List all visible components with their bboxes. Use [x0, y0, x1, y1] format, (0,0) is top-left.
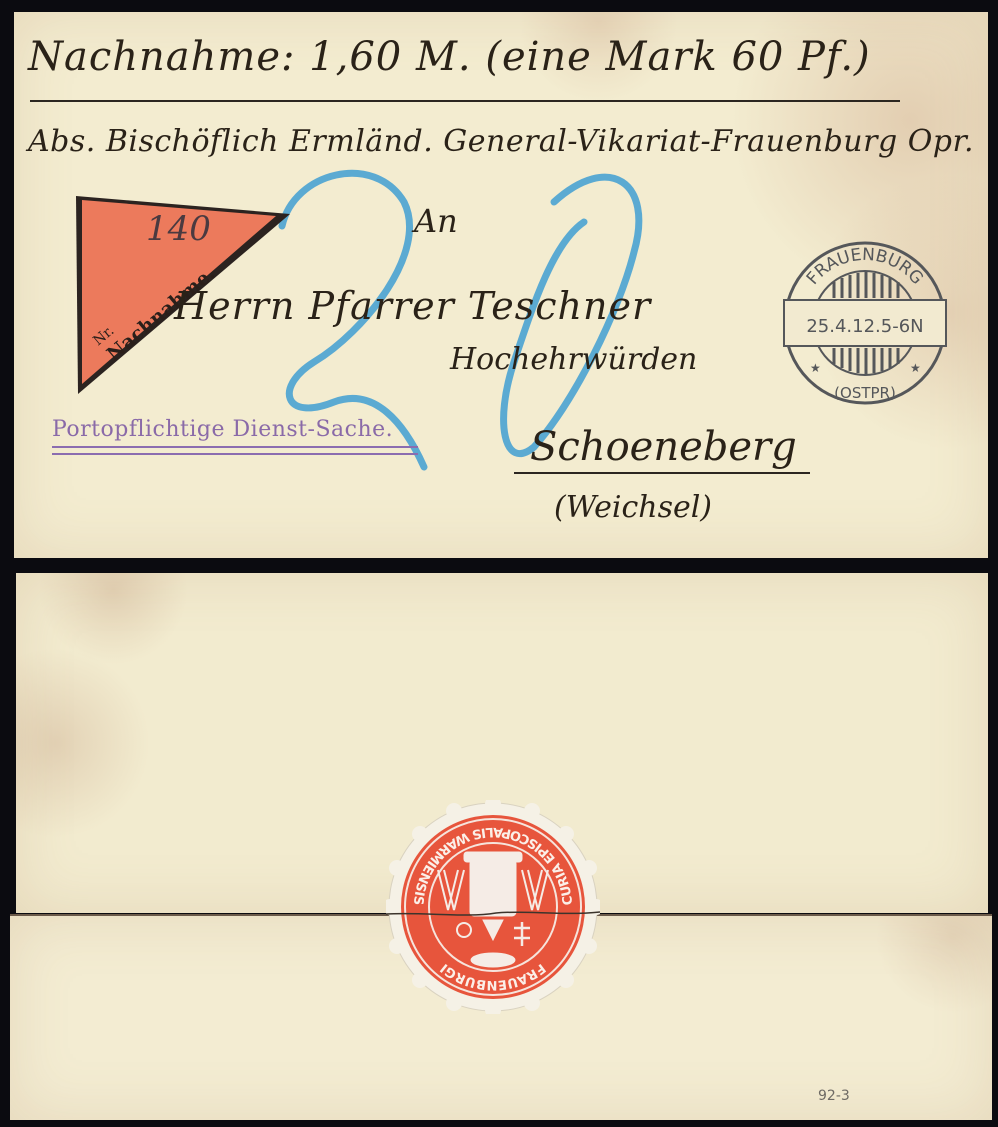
- address-recipient: Herrn Pfarrer Teschner: [174, 284, 651, 328]
- cod-underline: [30, 100, 900, 102]
- town-underline: [514, 472, 810, 474]
- official-service-stamp: Portopflichtige Dienst-Sache.: [52, 417, 393, 442]
- address-honorific: Hochehrwürden: [450, 342, 697, 377]
- postmark-date: 25.4.12.5-6N: [806, 316, 923, 337]
- postmark-star-icon: ★: [910, 361, 921, 375]
- address-salutation: An: [414, 202, 458, 240]
- postmark-region: (OSTPR): [834, 384, 896, 402]
- cod-label-number: 140: [146, 209, 211, 249]
- address-district: (Weichsel): [554, 490, 712, 525]
- cod-amount-line: Nachnahme: 1,60 M. (eine Mark 60 Pf.): [28, 34, 871, 80]
- envelope-front: Nachnahme: 1,60 M. (eine Mark 60 Pf.) Ab…: [14, 12, 988, 558]
- address-town: Schoeneberg: [530, 424, 797, 470]
- postmark-star-icon: ★: [810, 361, 821, 375]
- episcopal-seal: FRAUENBURGI CURIA EPISCOPALIS WARMIENSIS: [386, 800, 600, 1014]
- postmark: FRAUENBURG 25.4.12.5-6N (OSTPR) ★ ★: [782, 240, 948, 406]
- sender-line: Abs. Bischöflich Ermländ. General-Vikari…: [28, 124, 974, 159]
- official-stamp-underline: [52, 446, 418, 455]
- pencil-inventory-note: 92-3: [818, 1088, 850, 1104]
